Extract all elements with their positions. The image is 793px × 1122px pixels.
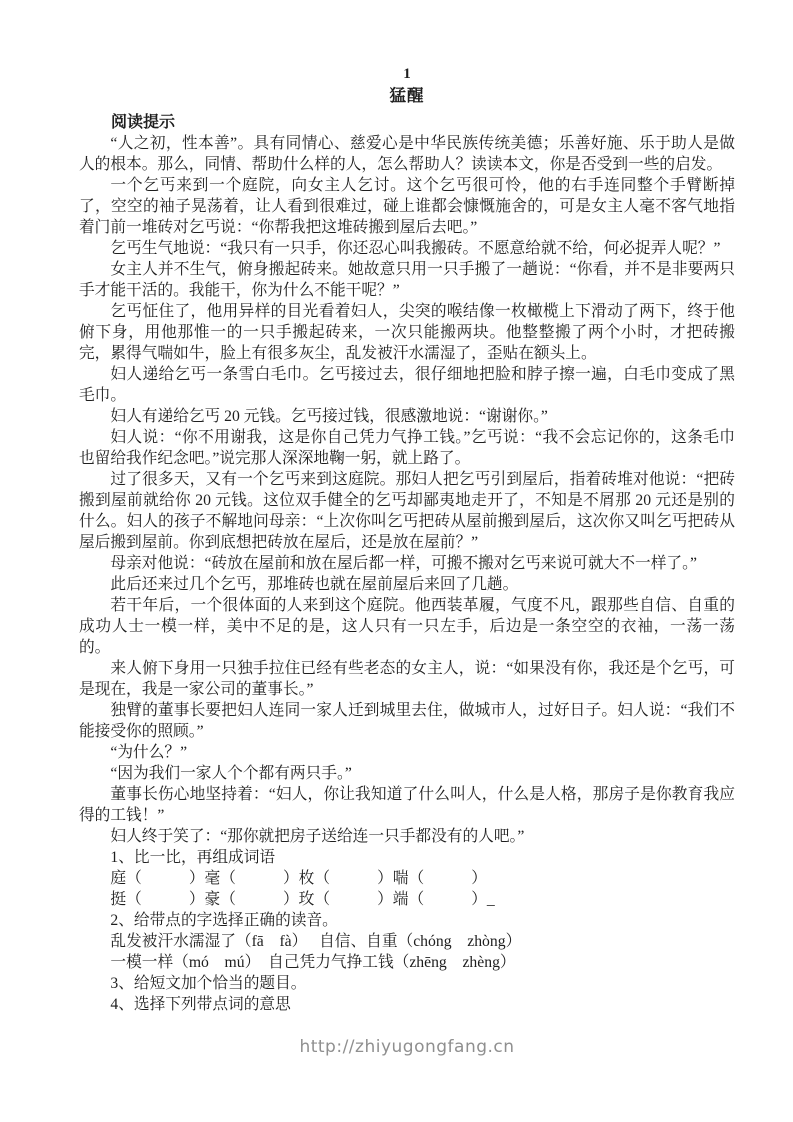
story-paragraph: 董事长伤心地坚持着：“妇人，你让我知道了什么叫人，什么是人格，那房子是你教育我应… [79,784,735,826]
story-paragraph: 若干年后，一个很体面的人来到这个庭院。他西装革履，气度不凡，跟那些自信、自重的成… [79,595,735,658]
reading-hint-heading: 阅读提示 [79,112,735,133]
story-paragraph: 此后还来过几个乞丐，那堆砖也就在屋前屋后来回了几趟。 [79,574,735,595]
story-paragraph: “因为我们一家人个个都有两只手。” [79,763,735,784]
exercise-section: 1、比一比，再组成词语 庭（ ）毫（ ）枚（ ）喘（ ） 挺（ ）豪（ ）玫（ … [79,847,735,1015]
story-paragraph: 独臂的董事长要把妇人连同一家人迁到城里去住，做城市人，过好日子。妇人说：“我们不… [79,700,735,742]
exercise-question-1: 1、比一比，再组成词语 [79,847,735,868]
story-paragraph: 来人俯下身用一只独手拉住已经有些老态的女主人，说：“如果没有你，我还是个乞丐，可… [79,658,735,700]
footer-watermark-url: http://zhiyugongfang.cn [79,1037,735,1057]
page-number: 1 [79,64,735,85]
story-paragraph: “人之初，性本善”。具有同情心、慈爱心是中华民族传统美德；乐善好施、乐于助人是做… [79,133,735,175]
exercise-question-3: 3、给短文加个恰当的题目。 [79,973,735,994]
story-paragraph: 妇人说：“你不用谢我，这是你自己凭力气挣工钱。”乞丐说：“我不会忘记你的，这条毛… [79,427,735,469]
story-body: “人之初，性本善”。具有同情心、慈爱心是中华民族传统美德；乐善好施、乐于助人是做… [79,133,735,847]
document-title: 猛醒 [79,85,735,106]
story-paragraph: 乞丐怔住了，他用异样的目光看着妇人，尖突的喉结像一枚橄榄上下滑动了两下，终于他俯… [79,301,735,364]
story-paragraph: 妇人有递给乞丐 20 元钱。乞丐接过钱，很感激地说：“谢谢你。” [79,406,735,427]
story-paragraph: 乞丐生气地说：“我只有一只手，你还忍心叫我搬砖。不愿意给就不给，何必捉弄人呢？” [79,238,735,259]
story-paragraph: “为什么？” [79,742,735,763]
story-paragraph: 女主人并不生气，俯身搬起砖来。她故意只用一只手搬了一趟说：“你看，并不是非要两只… [79,259,735,301]
story-paragraph: 母亲对他说：“砖放在屋前和放在屋后都一样，可搬不搬对乞丐来说可就大不一样了。” [79,553,735,574]
exercise-question-2: 2、给带点的字选择正确的读音。 [79,910,735,931]
exercise-blank-row: 庭（ ）毫（ ）枚（ ）喘（ ） [79,868,735,889]
exercise-pinyin-row: 乱发被汗水濡湿了（fā fà） 自信、自重（chóng zhòng） [79,931,735,952]
story-paragraph: 妇人终于笑了：“那你就把房子送给连一只手都没有的人吧。” [79,826,735,847]
story-paragraph: 一个乞丐来到一个庭院，向女主人乞讨。这个乞丐很可怜，他的右手连同整个手臂断掉了，… [79,175,735,238]
story-paragraph: 过了很多天，又有一个乞丐来到这庭院。那妇人把乞丐引到屋后，指着砖堆对他说：“把砖… [79,469,735,553]
story-paragraph: 妇人递给乞丐一条雪白毛巾。乞丐接过去，很仔细地把脸和脖子擦一遍，白毛巾变成了黑毛… [79,364,735,406]
document-page: 1 猛醒 阅读提示 “人之初，性本善”。具有同情心、慈爱心是中华民族传统美德；乐… [0,0,793,1122]
exercise-question-4: 4、选择下列带点词的意思 [79,994,735,1015]
exercise-pinyin-row: 一模一样（mó mú） 自己凭力气挣工钱（zhēng zhèng） [79,952,735,973]
exercise-blank-row: 挺（ ）豪（ ）玫（ ）端（ ）_ [79,889,735,910]
